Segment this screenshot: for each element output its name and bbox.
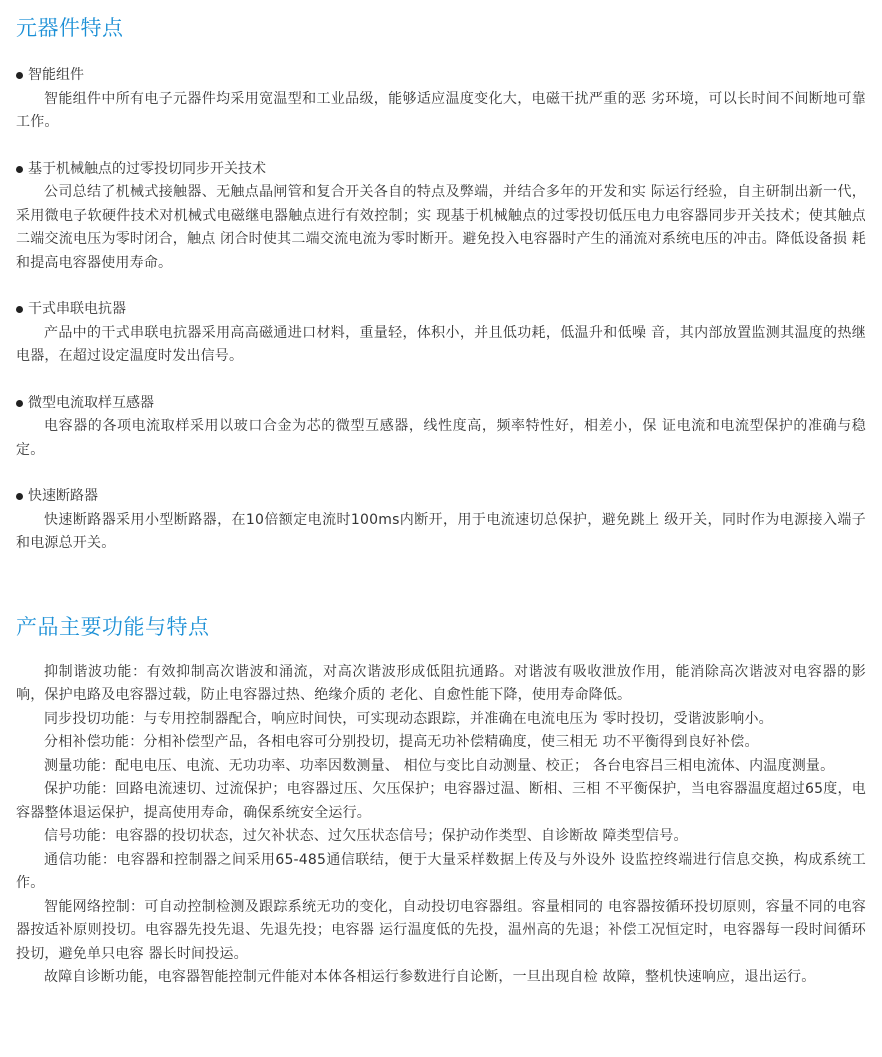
- function-paragraph-network-control: 智能网络控制：可自动控制检测及跟踪系统无功的变化，自动投切电容器组。容量相同的 …: [16, 896, 866, 967]
- function-list: 抑制谐波功能：有效抑制高次谐波和涌流，对高次谐波形成低阻抗通路。对谐波有吸收泄放…: [16, 661, 866, 990]
- function-paragraph-protection: 保护功能：回路电流速切、过流保护；电容器过压、欠压保护；电容器过温、断相、三相 …: [16, 778, 866, 825]
- bullet-dot-icon: [16, 72, 23, 79]
- function-paragraph-communication: 通信功能：电容器和控制器之间采用65-485通信联结，便于大量采样数据上传及与外…: [16, 849, 866, 896]
- feature-item: 微型电流取样互感器 电容器的各项电流取样采用以玻口合金为芯的微型互感器，线性度高…: [16, 392, 866, 463]
- feature-heading: 快速断路器: [28, 485, 98, 509]
- section-spacer: [16, 579, 866, 613]
- feature-list: 智能组件 智能组件中所有电子元器件均采用宽温型和工业品级，能够适应温度变化大，电…: [16, 64, 866, 556]
- feature-heading: 基于机械触点的过零投切同步开关技术: [28, 158, 266, 182]
- function-paragraph-phase-compensation: 分相补偿功能：分相补偿型产品，各相电容可分别投切，提高无功补偿精确度，使三相无 …: [16, 731, 866, 755]
- feature-heading: 微型电流取样互感器: [28, 392, 154, 416]
- bullet-dot-icon: [16, 400, 23, 407]
- feature-heading: 智能组件: [28, 64, 84, 88]
- feature-body: 公司总结了机械式接触器、无触点晶闸管和复合开关各自的特点及弊端，并结合多年的开发…: [16, 181, 866, 275]
- bullet-dot-icon: [16, 493, 23, 500]
- feature-body: 电容器的各项电流取样采用以玻口合金为芯的微型互感器，线性度高，频率特性好，相差小…: [16, 415, 866, 462]
- function-paragraph-measurement: 测量功能：配电电压、电流、无功功率、功率因数测量、 相位与变比自动测量、校正； …: [16, 755, 866, 779]
- function-paragraph-self-diagnosis: 故障自诊断功能，电容器智能控制元件能对本体各相运行参数进行自论断，一旦出现自检 …: [16, 966, 866, 990]
- feature-item: 快速断路器 快速断路器采用小型断路器，在10倍额定电流时100ms内断开，用于电…: [16, 485, 866, 556]
- section-component-features: 元器件特点 智能组件 智能组件中所有电子元器件均采用宽温型和工业品级，能够适应温…: [16, 0, 866, 556]
- document-page: 元器件特点 智能组件 智能组件中所有电子元器件均采用宽温型和工业品级，能够适应温…: [0, 0, 882, 990]
- feature-body: 快速断路器采用小型断路器，在10倍额定电流时100ms内断开，用于电流速切总保护…: [16, 509, 866, 556]
- function-paragraph-signal: 信号功能：电容器的投切状态，过欠补状态、过欠压状态信号；保护动作类型、自诊断故 …: [16, 825, 866, 849]
- feature-item: 干式串联电抗器 产品中的干式串联电抗器采用高高磁通进口材料，重量轻，体积小，并且…: [16, 298, 866, 369]
- feature-body: 智能组件中所有电子元器件均采用宽温型和工业品级，能够适应温度变化大，电磁干扰严重…: [16, 88, 866, 135]
- feature-heading: 干式串联电抗器: [28, 298, 126, 322]
- feature-item: 基于机械触点的过零投切同步开关技术 公司总结了机械式接触器、无触点晶闸管和复合开…: [16, 158, 866, 276]
- function-paragraph-harmonic-suppression: 抑制谐波功能：有效抑制高次谐波和涌流，对高次谐波形成低阻抗通路。对谐波有吸收泄放…: [16, 661, 866, 708]
- section-title: 产品主要功能与特点: [16, 613, 866, 641]
- feature-item: 智能组件 智能组件中所有电子元器件均采用宽温型和工业品级，能够适应温度变化大，电…: [16, 64, 866, 135]
- section-main-functions: 产品主要功能与特点 抑制谐波功能：有效抑制高次谐波和涌流，对高次谐波形成低阻抗通…: [16, 613, 866, 990]
- section-title: 元器件特点: [16, 0, 866, 42]
- feature-body: 产品中的干式串联电抗器采用高高磁通进口材料，重量轻，体积小，并且低功耗，低温升和…: [16, 322, 866, 369]
- bullet-dot-icon: [16, 306, 23, 313]
- function-paragraph-sync-switching: 同步投切功能：与专用控制器配合，响应时间快，可实现动态跟踪，并准确在电流电压为 …: [16, 708, 866, 732]
- bullet-dot-icon: [16, 166, 23, 173]
